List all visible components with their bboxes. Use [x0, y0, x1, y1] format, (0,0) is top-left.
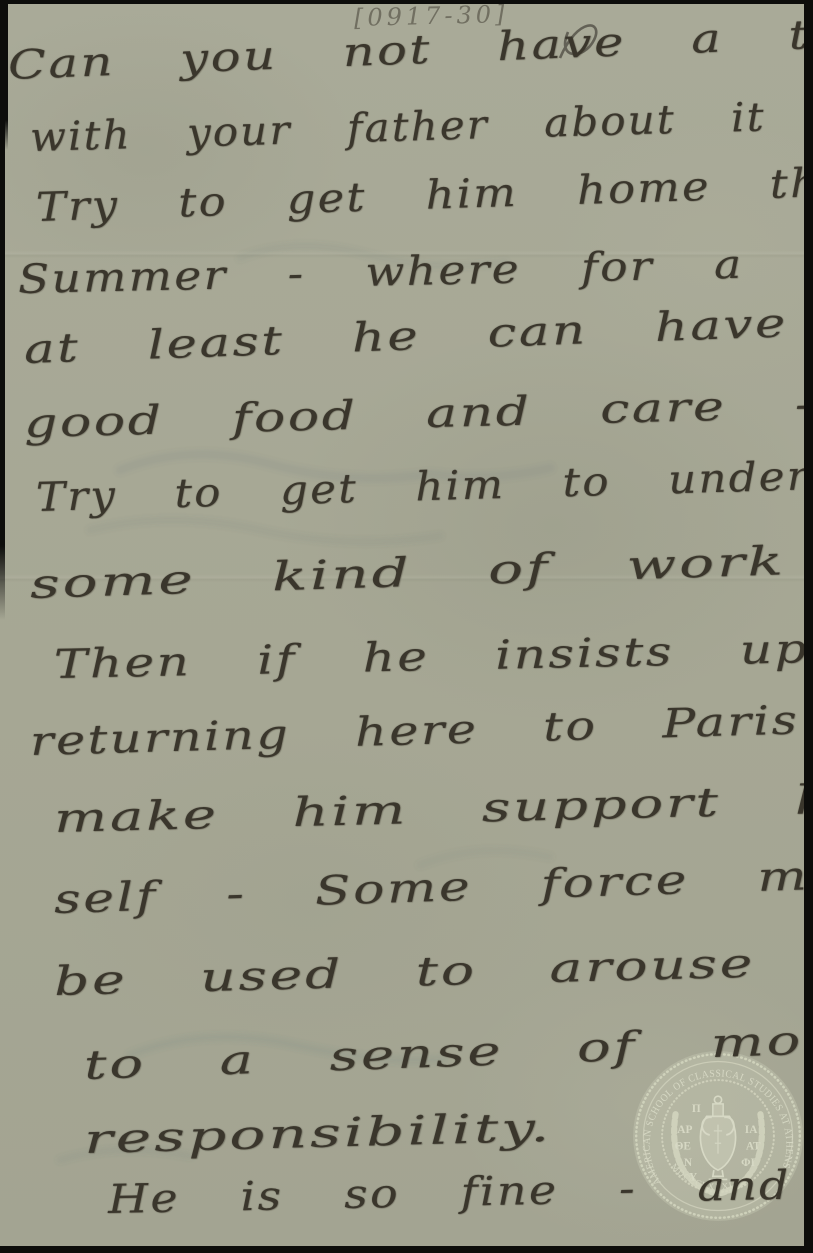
svg-text:Π: Π [692, 1103, 701, 1115]
letter-page: [0917-30] AMERICAN SCHOOL OF CLASSICAL S… [0, 0, 813, 1253]
svg-text:ΘΕ: ΘΕ [675, 1140, 691, 1152]
scan-edge-top [0, 0, 813, 4]
svg-text:ΑΤ: ΑΤ [746, 1140, 761, 1152]
scan-edge-bottom [0, 1246, 813, 1253]
svg-text:ΙΑ: ΙΑ [745, 1124, 758, 1136]
scan-edge-right [804, 0, 813, 1253]
scan-edge-left [0, 0, 5, 620]
svg-text:ΑΡ: ΑΡ [677, 1124, 692, 1136]
